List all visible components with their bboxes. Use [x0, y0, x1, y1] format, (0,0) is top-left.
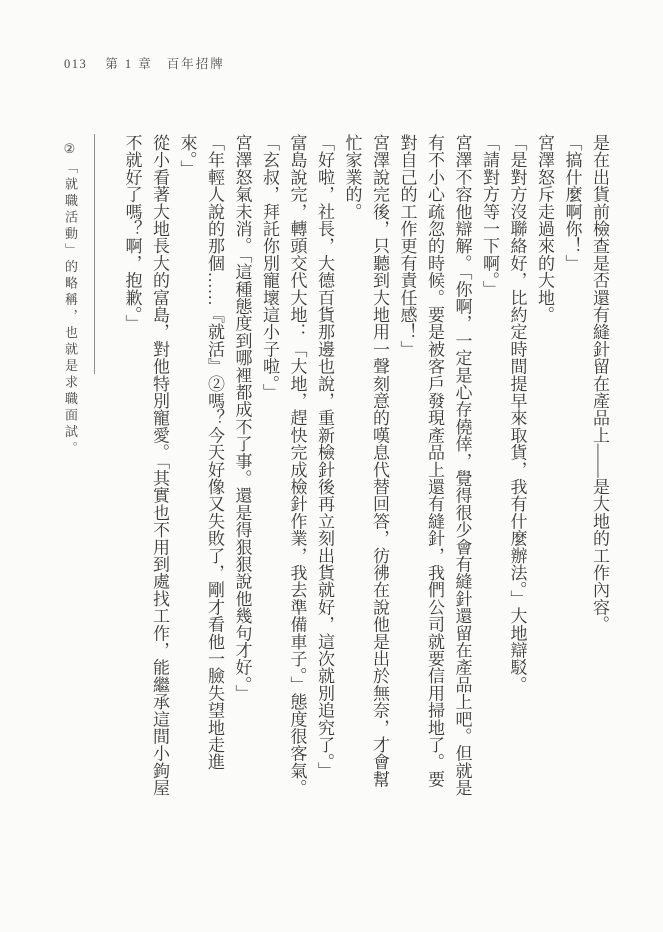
- paragraph: 「是對方沒聯絡好，比約定時間提早來取貨，我有什麼辦法。」大地辯駁。: [503, 134, 531, 802]
- book-page: 013 第 1 章 百年招牌 是在出貨前檢查是否還有縫針留在產品上——是大地的工…: [0, 0, 663, 932]
- running-head: 013 第 1 章 百年招牌: [64, 54, 225, 72]
- paragraph: 「好啦，社長，大德百貨那邊也說，重新檢針後再立刻出貨就好，這次就別追究了。」: [311, 134, 339, 802]
- chapter-title: 百年招牌: [167, 54, 225, 72]
- footnote: ②「就職活動」的略稱，也就是求職面試。: [60, 142, 80, 472]
- footnote-text: 「就職活動」的略稱，也就是求職面試。: [63, 161, 78, 458]
- paragraph: 「年輕人說的那個……『就活』②嗎？今天好像又失敗了，剛才看他一臉失望地走進來。」: [173, 134, 228, 802]
- paragraph: 是在出貨前檢查是否還有縫針留在產品上——是大地的工作內容。: [586, 134, 614, 802]
- footnote-marker: ②: [63, 142, 78, 161]
- paragraph: 宮澤說完後，只聽到大地用一聲刻意的嘆息代替回答，彷彿在說他是出於無奈，才會幫忙家…: [338, 134, 393, 802]
- body-text: 是在出貨前檢查是否還有縫針留在產品上——是大地的工作內容。 「搞什麼啊你！」 宮…: [118, 134, 613, 802]
- paragraph: 從小看著大地長大的富島，對他特別寵愛。「其實也不用到處找工作，能繼承這間小鉤屋不…: [118, 134, 173, 802]
- page-number: 013: [64, 57, 87, 72]
- paragraph: 宮澤怒斥走過來的大地。: [531, 134, 559, 802]
- paragraph: 宮澤不容他辯解。「你啊，一定是心存僥倖，覺得很少會有縫針還留在產品上吧。但就是有…: [393, 134, 476, 802]
- paragraph: 「搞什麼啊你！」: [558, 134, 586, 802]
- paragraph: 「玄叔，拜託你別寵壞這小子啦。」: [256, 134, 284, 802]
- paragraph: 「請對方等一下啊。」: [476, 134, 504, 802]
- chapter-label: 第 1 章: [105, 54, 153, 72]
- paragraph: 宮澤怒氣未消。「這種態度到哪裡都成不了事。還是得狠狠說他幾句才好。」: [228, 134, 256, 802]
- paragraph: 富島說完，轉頭交代大地：「大地，趕快完成檢針作業，我去準備車子。」態度很客氣。: [283, 134, 311, 802]
- footnote-divider: [94, 134, 95, 374]
